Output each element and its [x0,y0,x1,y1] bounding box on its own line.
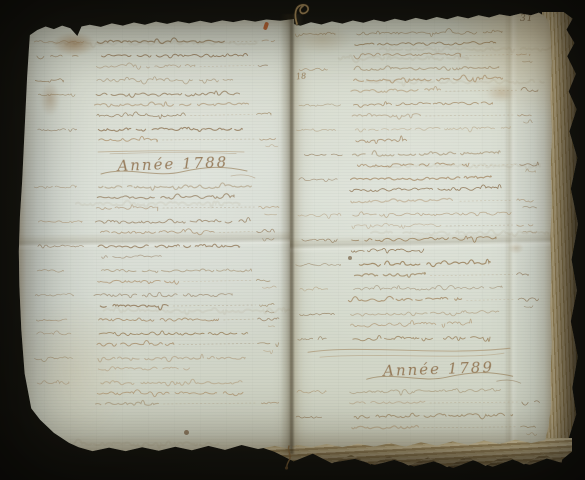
manuscript-photo: Année 1788 Année 1789 31 18 [0,0,585,480]
register-entry-script [37,269,276,288]
flourish-script [308,348,510,357]
register-entry-script [299,102,533,123]
register-entry-script [302,236,496,253]
register-entry-script [296,413,536,435]
margin-date-note: 18 [296,71,307,81]
heading-script: Année 1789 [367,358,521,383]
register-entry-script [34,183,279,215]
register-entry-script [300,285,539,307]
register-entry-script [298,335,490,341]
register-entry-script [298,212,536,233]
register-entry-script [36,318,279,327]
register-entry-script [37,331,279,354]
handwriting-right-page: Année 1789 [290,10,552,448]
register-entry-script [37,379,279,405]
register-entry-script [295,28,532,62]
handwriting-left-page: Année 1788 [18,16,294,452]
register-entry-script [38,218,274,241]
register-entry-script [38,244,240,258]
register-entry-script [304,151,538,172]
register-entry-script [296,259,529,277]
folio-number: 31 [520,14,533,24]
register-entry-script [296,127,510,144]
register-entry-script [37,54,273,70]
register-entry-script [35,354,246,371]
register-entry-script [38,127,282,146]
register-entry-script [300,311,499,328]
heading-script: Année 1788 [101,153,255,178]
left-page: Année 1788 [18,16,294,452]
register-entry-script [297,388,540,405]
register-entry-script [38,91,271,119]
register-entry-script [35,77,232,84]
register-entry-script [299,176,537,208]
right-page: Année 1789 31 18 [290,10,552,448]
register-entry-script [299,66,538,93]
